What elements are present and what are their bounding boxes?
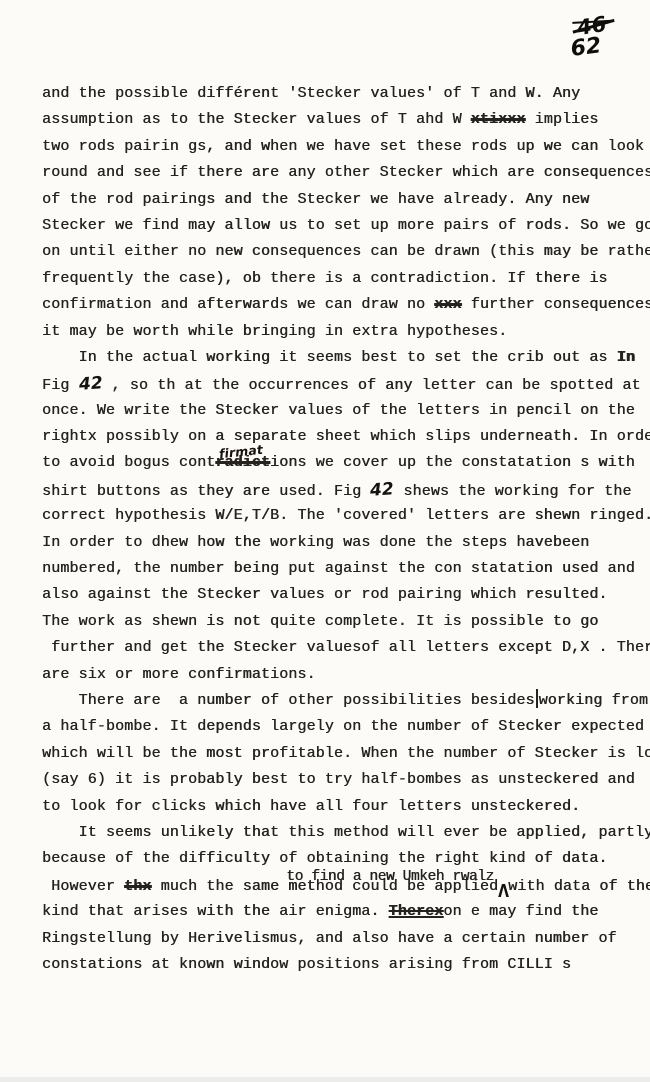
text-line: two rods pairin gs, and when we have set… [42,134,650,160]
typed-text: , so th at the occurrences of any letter… [102,377,640,394]
text-line: Fig 42 , so th at the occurrences of any… [42,371,650,397]
text-line: correct hypothesis W/E,T/B. The 'covered… [42,503,650,529]
page-number-annotation: 46 62 [556,14,626,60]
typed-text: further and get the Stecker valuesof all… [42,639,650,656]
corrected-text: radictfirmat [215,454,270,471]
text-line: kind that arises with the air enigma. Th… [42,899,650,925]
text-line: confirmation and afterwards we can draw … [42,292,650,318]
text-line: once. We write the Stecker values of the… [42,398,650,424]
typed-text: However [42,878,124,895]
typed-text: it may be worth while bringing in extra … [42,323,507,340]
text-line: (say 6) it is probably best to try half-… [42,767,650,793]
typed-text: a half-bombe. It depends largely on the … [42,718,644,735]
typed-text: with data of the [508,878,650,895]
overtyped-text: In [617,349,635,366]
struck-out-text: xxx [434,296,461,313]
struck-out-text: Therex [389,903,444,920]
typed-text: are six or more confirmations. [42,666,316,683]
text-line: of the rod pairings and the Stecker we h… [42,187,650,213]
typed-text: kind that arises with the air enigma. [42,903,389,920]
typed-text: of the rod pairings and the Stecker we h… [42,191,589,208]
typed-text-block: and the possible différent 'Stecker valu… [42,81,650,978]
text-line: It seems unlikely that this method will … [42,820,650,846]
typed-text: working from [539,692,648,709]
text-line: In order to dhew how the working was don… [42,530,650,556]
typed-text: method could be appliedto find a new Umk… [288,878,498,895]
handwritten-figure-number: 42 [78,370,104,398]
text-line: it may be worth while bringing in extra … [42,319,650,345]
typed-text: The work as shewn is not quite complete.… [42,613,598,630]
typed-text: rightx possibly on a separate sheet whic… [42,428,650,445]
typed-text: correct hypothesis W/E,T/B. The 'covered… [42,507,650,524]
struck-out-text: thx [124,878,151,895]
typed-insertion: to find a new Umkeh rwalz [286,864,494,890]
typed-text: (say 6) it is probably best to try half-… [42,771,635,788]
typed-text: Fig [42,377,79,394]
text-line: Stecker we find may allow us to set up m… [42,213,650,239]
struck-out-text: xtixxx [471,111,526,128]
handwritten-correction: firmat [218,437,265,468]
text-line: to look for clicks which have all four l… [42,794,650,820]
text-line: In the actual working it seems best to s… [42,345,650,371]
typed-text: round and see if there are any other Ste… [42,164,650,181]
text-line: a half-bombe. It depends largely on the … [42,714,650,740]
text-line: also against the Stecker values or rod p… [42,582,650,608]
typed-text: implies [525,111,598,128]
text-line: are six or more confirmations. [42,662,650,688]
typed-text: once. We write the Stecker values of the… [42,402,635,419]
text-line: to avoid bogus contradictfirmations we c… [42,450,650,476]
typed-text: two rods pairin gs, and when we have set… [42,138,644,155]
typed-text: frequently the case), ob there is a cont… [42,270,608,287]
typed-text: further consequences [462,296,650,313]
typed-text: numbered, the number being put against t… [42,560,635,577]
text-line: assumption as to the Stecker values of T… [42,107,650,133]
typed-text: There are a number of other possibilitie… [42,692,535,709]
typed-text: on e may find the [443,903,598,920]
text-line: The work as shewn is not quite complete.… [42,609,650,635]
scan-edge [0,1077,650,1082]
pen-stroke [536,689,538,708]
typed-text: to avoid bogus cont [42,454,215,471]
page-number: 62 [555,31,618,63]
handwritten-figure-number: 42 [369,476,395,504]
text-line: shirt buttons as they are used. Fig 42 s… [42,477,650,503]
document-page: 46 62 and the possible différent 'Stecke… [0,0,650,1082]
typed-text: which will be the most profitable. When … [42,745,650,762]
typed-text: shews the working for the [394,483,631,500]
typed-text: ions we cover up the constatation s with [270,454,635,471]
text-line: which will be the most profitable. When … [42,741,650,767]
text-line: round and see if there are any other Ste… [42,160,650,186]
text-line: However thx much the same method could b… [42,873,650,899]
typed-text: much the same [151,878,288,895]
typed-text: to look for clicks which have all four l… [42,798,580,815]
typed-text: on until either no new consequences can … [42,243,650,260]
text-line: further and get the Stecker valuesof all… [42,635,650,661]
typed-text: confirmation and afterwards we can draw … [42,296,434,313]
text-line: numbered, the number being put against t… [42,556,650,582]
typed-text: Stecker we find may allow us to set up m… [42,217,650,234]
text-line: and the possible différent 'Stecker valu… [42,81,650,107]
typed-text: shirt buttons as they are used. Fig [42,483,370,500]
text-line: There are a number of other possibilitie… [42,688,650,714]
typed-text: In order to dhew how the working was don… [42,534,589,551]
typed-text: also against the Stecker values or rod p… [42,586,608,603]
text-line: constations at known window positions ar… [42,952,650,978]
typed-text: and the possible différent 'Stecker valu… [42,85,580,102]
typed-text: It seems unlikely that this method will … [42,824,650,841]
text-line: on until either no new consequences can … [42,239,650,265]
typed-text: In the actual working it seems best to s… [42,349,617,366]
typed-text: constations at known window positions ar… [42,956,571,973]
text-line: rightx possibly on a separate sheet whic… [42,424,650,450]
text-line: Ringstellung by Herivelismus, and also h… [42,926,650,952]
caret-mark: Λ [498,875,508,908]
text-line: frequently the case), ob there is a cont… [42,266,650,292]
typed-text: assumption as to the Stecker values of T… [42,111,471,128]
typed-text: Ringstellung by Herivelismus, and also h… [42,930,617,947]
